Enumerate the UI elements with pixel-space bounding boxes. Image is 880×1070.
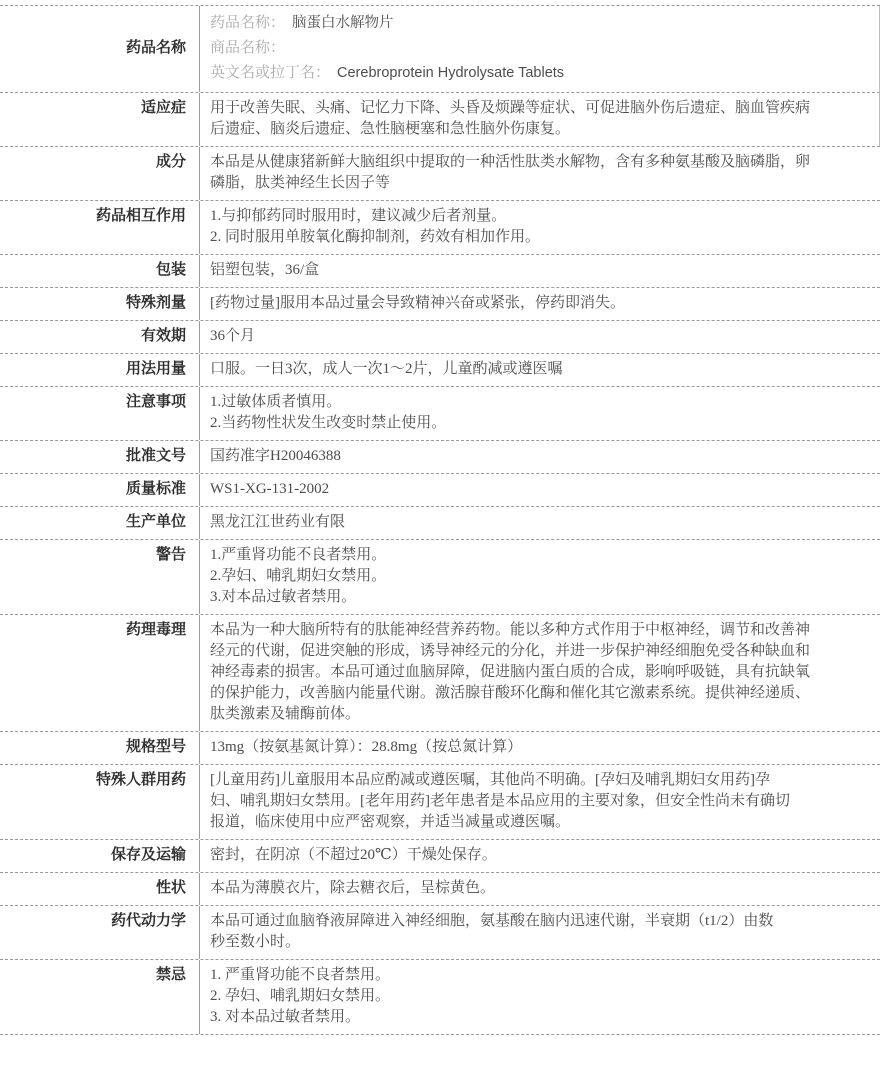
row-content: 铝塑包装，36/盒: [200, 255, 880, 287]
row-content: 36个月: [200, 321, 880, 353]
content-line: 本品可通过血脑脊液屏障进入神经细胞，氨基酸在脑内迅速代谢，半衰期（t1/2）由数: [210, 911, 868, 932]
row-content: [儿童用药]儿童服用本品应酌减或遵医嘱，其他尚不明确。[孕妇及哺乳期妇女用药]孕…: [200, 765, 880, 839]
content-line: 1.严重肾功能不良者禁用。: [210, 545, 868, 566]
content-line: 用于改善失眠、头痛、记忆力下降、头昏及烦躁等症状、可促进脑外伤后遗症、脑血管疾病: [210, 98, 867, 119]
content-line: 本品是从健康猪新鲜大脑组织中提取的一种活性肽类水解物，含有多种氨基酸及脑磷脂，卵: [210, 152, 868, 173]
row-content: WS1-XG-131-2002: [200, 474, 880, 506]
content-line: 3. 对本品过敏者禁用。: [210, 1007, 868, 1028]
row-storage-transport: 保存及运输 密封，在阴凉（不超过20℃）干燥处保存。: [0, 840, 880, 873]
row-label: 保存及运输: [0, 840, 200, 872]
row-appearance: 性状 本品为薄膜衣片，除去糖衣后，呈棕黄色。: [0, 873, 880, 906]
row-label: 药品名称: [0, 6, 200, 92]
row-packaging: 包装 铝塑包装，36/盒: [0, 255, 880, 288]
content-line: WS1-XG-131-2002: [210, 479, 868, 500]
content-line: 1. 严重肾功能不良者禁用。: [210, 965, 868, 986]
row-content: [药物过量]服用本品过量会导致精神兴奋或紧张，停药即消失。: [200, 288, 880, 320]
row-pharmacokinetics: 药代动力学 本品可通过血脑脊液屏障进入神经细胞，氨基酸在脑内迅速代谢，半衰期（t…: [0, 906, 880, 960]
row-drug-name: 药品名称 药品名称：脑蛋白水解物片商品名称：英文名或拉丁名：Cerebropro…: [0, 6, 880, 93]
content-line: 本品为一种大脑所特有的肽能神经营养药物。能以多种方式作用于中枢神经，调节和改善神: [210, 620, 868, 641]
row-content: 用于改善失眠、头痛、记忆力下降、头昏及烦躁等症状、可促进脑外伤后遗症、脑血管疾病…: [200, 93, 879, 146]
content-line: 的保护能力，改善脑内能量代谢。激活腺苷酸环化酶和催化其它激素系统。提供神经递质、: [210, 683, 868, 704]
content-line: 36个月: [210, 326, 868, 347]
content-line: 秒至数小时。: [210, 932, 868, 953]
row-indications: 适应症 用于改善失眠、头痛、记忆力下降、头昏及烦躁等症状、可促进脑外伤后遗症、脑…: [0, 93, 880, 147]
row-usage-dosage: 用法用量 口服。一日3次，成人一次1～2片，儿童酌减或遵医嘱: [0, 354, 880, 387]
field-value: Cerebroprotein Hydrolysate Tablets: [337, 65, 564, 81]
content-line: 1.与抑郁药同时服用时，建议减少后者剂量。: [210, 206, 868, 227]
row-label: 用法用量: [0, 354, 200, 386]
row-label: 成分: [0, 147, 200, 200]
row-content: 本品是从健康猪新鲜大脑组织中提取的一种活性肽类水解物，含有多种氨基酸及脑磷脂，卵…: [200, 147, 880, 200]
row-content: 1. 严重肾功能不良者禁用。2. 孕妇、哺乳期妇女禁用。3. 对本品过敏者禁用。: [200, 960, 880, 1034]
row-label: 性状: [0, 873, 200, 905]
row-warnings: 警告 1.严重肾功能不良者禁用。2.孕妇、哺乳期妇女禁用。3.对本品过敏者禁用。: [0, 540, 880, 615]
content-line: [药物过量]服用本品过量会导致精神兴奋或紧张，停药即消失。: [210, 293, 868, 314]
row-approval-number: 批准文号 国药准字H20046388: [0, 441, 880, 474]
row-manufacturer: 生产单位 黑龙江江世药业有限: [0, 507, 880, 540]
content-line: 磷脂，肽类神经生长因子等: [210, 173, 868, 194]
row-precautions: 注意事项 1.过敏体质者慎用。2.当药物性状发生改变时禁止使用。: [0, 387, 880, 441]
content-line: 妇、哺乳期妇女禁用。[老年用药]老年患者是本品应用的主要对象，但安全性尚未有确切: [210, 791, 868, 812]
row-label: 有效期: [0, 321, 200, 353]
row-label: 特殊人群用药: [0, 765, 200, 839]
row-shelf-life: 有效期 36个月: [0, 321, 880, 354]
row-label: 药理毒理: [0, 615, 200, 731]
field-key: 商品名称：: [210, 40, 292, 56]
row-specification: 规格型号 13mg（按氨基氮计算）：28.8mg（按总氮计算）: [0, 732, 880, 765]
content-line: 铝塑包装，36/盒: [210, 260, 868, 281]
row-label: 注意事项: [0, 387, 200, 440]
row-content: 1.严重肾功能不良者禁用。2.孕妇、哺乳期妇女禁用。3.对本品过敏者禁用。: [200, 540, 880, 614]
content-line: [儿童用药]儿童服用本品应酌减或遵医嘱，其他尚不明确。[孕妇及哺乳期妇女用药]孕: [210, 770, 868, 791]
row-content: 国药准字H20046388: [200, 441, 880, 473]
row-contraindications: 禁忌 1. 严重肾功能不良者禁用。2. 孕妇、哺乳期妇女禁用。3. 对本品过敏者…: [0, 960, 880, 1035]
content-line: 3.对本品过敏者禁用。: [210, 587, 868, 608]
content-line: 国药准字H20046388: [210, 446, 868, 467]
row-content: 1.过敏体质者慎用。2.当药物性状发生改变时禁止使用。: [200, 387, 880, 440]
content-line: 后遗症、脑炎后遗症、急性脑梗塞和急性脑外伤康复。: [210, 119, 867, 140]
row-content: 口服。一日3次，成人一次1～2片，儿童酌减或遵医嘱: [200, 354, 880, 386]
content-line: 2.孕妇、哺乳期妇女禁用。: [210, 566, 868, 587]
row-label: 生产单位: [0, 507, 200, 539]
row-label: 禁忌: [0, 960, 200, 1034]
row-label: 批准文号: [0, 441, 200, 473]
row-special-dosage: 特殊剂量 [药物过量]服用本品过量会导致精神兴奋或紧张，停药即消失。: [0, 288, 880, 321]
row-label: 药品相互作用: [0, 201, 200, 254]
row-ingredients: 成分 本品是从健康猪新鲜大脑组织中提取的一种活性肽类水解物，含有多种氨基酸及脑磷…: [0, 147, 880, 201]
row-content: 1.与抑郁药同时服用时，建议减少后者剂量。2. 同时服用单胺氧化酶抑制剂，药效有…: [200, 201, 880, 254]
content-line: 黑龙江江世药业有限: [210, 512, 868, 533]
drug-info-page: 药品名称 药品名称：脑蛋白水解物片商品名称：英文名或拉丁名：Cerebropro…: [0, 0, 880, 1035]
row-content: 密封，在阴凉（不超过20℃）干燥处保存。: [200, 840, 880, 872]
content-line: 2. 同时服用单胺氧化酶抑制剂，药效有相加作用。: [210, 227, 868, 248]
row-drug-interactions: 药品相互作用 1.与抑郁药同时服用时，建议减少后者剂量。2. 同时服用单胺氧化酶…: [0, 201, 880, 255]
row-label: 质量标准: [0, 474, 200, 506]
row-content: 药品名称：脑蛋白水解物片商品名称：英文名或拉丁名：Cerebroprotein …: [200, 6, 879, 92]
field-key: 药品名称：: [210, 15, 292, 31]
row-special-populations: 特殊人群用药 [儿童用药]儿童服用本品应酌减或遵医嘱，其他尚不明确。[孕妇及哺乳…: [0, 765, 880, 840]
field-line: 英文名或拉丁名：Cerebroprotein Hydrolysate Table…: [210, 61, 867, 86]
field-key: 英文名或拉丁名：: [210, 65, 337, 81]
row-content: 13mg（按氨基氮计算）：28.8mg（按总氮计算）: [200, 732, 880, 764]
content-line: 本品为薄膜衣片，除去糖衣后，呈棕黄色。: [210, 878, 868, 899]
content-line: 2. 孕妇、哺乳期妇女禁用。: [210, 986, 868, 1007]
row-content: 本品为一种大脑所特有的肽能神经营养药物。能以多种方式作用于中枢神经，调节和改善神…: [200, 615, 880, 731]
drug-info-table: 药品名称 药品名称：脑蛋白水解物片商品名称：英文名或拉丁名：Cerebropro…: [0, 5, 880, 1035]
row-label: 适应症: [0, 93, 200, 146]
row-label: 规格型号: [0, 732, 200, 764]
content-line: 1.过敏体质者慎用。: [210, 392, 868, 413]
content-line: 肽类激素及辅酶前体。: [210, 704, 868, 725]
content-line: 神经毒素的损害。本品可通过血脑屏障，促进脑内蛋白质的合成，影响呼吸链，具有抗缺氧: [210, 662, 868, 683]
field-line: 药品名称：脑蛋白水解物片: [210, 11, 867, 36]
content-line: 经元的代谢，促进突触的形成，诱导神经元的分化，并进一步保护神经细胞免受各种缺血和: [210, 641, 868, 662]
row-label: 药代动力学: [0, 906, 200, 959]
row-quality-standard: 质量标准 WS1-XG-131-2002: [0, 474, 880, 507]
field-line: 商品名称：: [210, 36, 867, 61]
row-pharmacology-toxicology: 药理毒理 本品为一种大脑所特有的肽能神经营养药物。能以多种方式作用于中枢神经，调…: [0, 615, 880, 732]
content-line: 报道，临床使用中应严密观察，并适当减量或遵医嘱。: [210, 812, 868, 833]
field-value: 脑蛋白水解物片: [292, 15, 394, 31]
row-content: 黑龙江江世药业有限: [200, 507, 880, 539]
row-content: 本品为薄膜衣片，除去糖衣后，呈棕黄色。: [200, 873, 880, 905]
row-label: 包装: [0, 255, 200, 287]
row-label: 特殊剂量: [0, 288, 200, 320]
content-line: 2.当药物性状发生改变时禁止使用。: [210, 413, 868, 434]
content-line: 口服。一日3次，成人一次1～2片，儿童酌减或遵医嘱: [210, 359, 868, 380]
content-line: 13mg（按氨基氮计算）：28.8mg（按总氮计算）: [210, 737, 868, 758]
row-content: 本品可通过血脑脊液屏障进入神经细胞，氨基酸在脑内迅速代谢，半衰期（t1/2）由数…: [200, 906, 880, 959]
content-line: 密封，在阴凉（不超过20℃）干燥处保存。: [210, 845, 868, 866]
row-label: 警告: [0, 540, 200, 614]
